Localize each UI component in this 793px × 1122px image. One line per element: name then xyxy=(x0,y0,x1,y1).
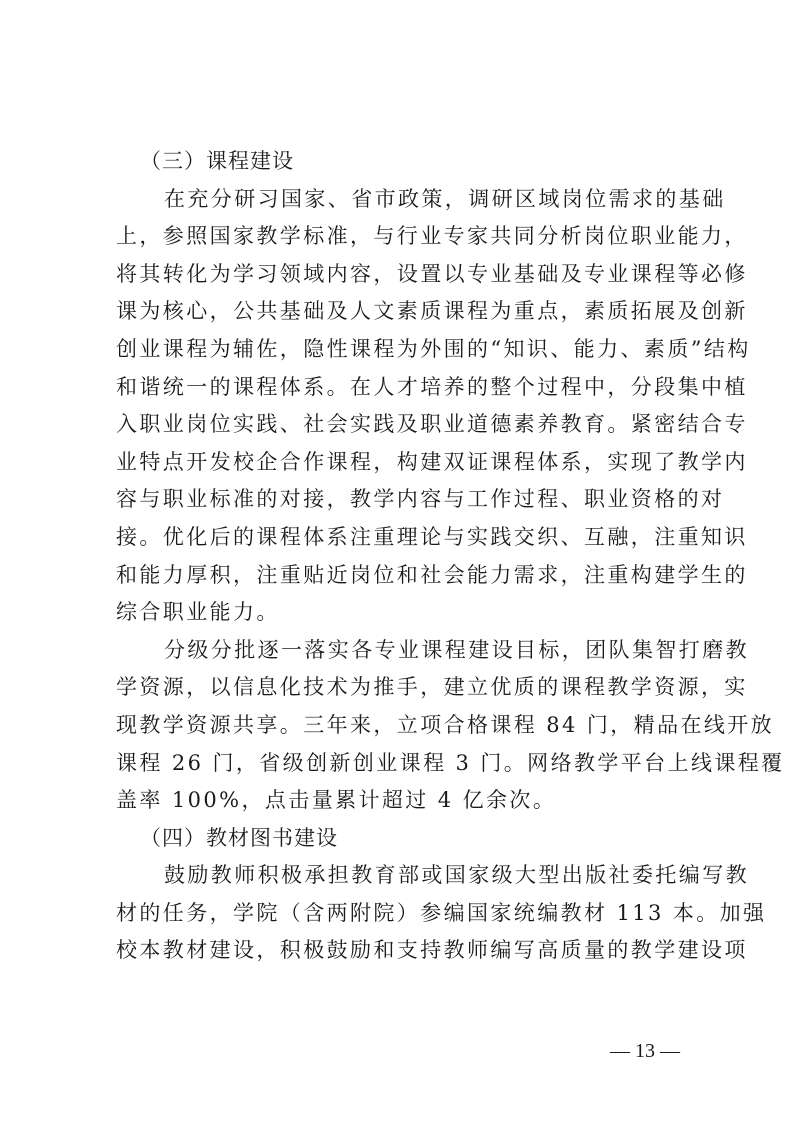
text-line: 将其转化为学习领域内容，设置以专业基础及专业课程等必修 xyxy=(116,256,694,294)
text-line: 现教学资源共享。三年来，立项合格课程 84 门，精品在线开放 xyxy=(116,707,694,745)
text-line: 课为核心，公共基础及人文素质课程为重点，素质拓展及创新 xyxy=(116,293,694,331)
text-line: 和谐统一的课程体系。在人才培养的整个过程中，分段集中植 xyxy=(116,369,694,407)
paragraph-textbooks: 鼓励教师积极承担教育部或国家级大型出版社委托编写教 材的任务，学院（含两附院）参… xyxy=(116,857,694,970)
text-line: 在充分研习国家、省市政策，调研区域岗位需求的基础 xyxy=(116,181,694,219)
paragraph-course-resources: 分级分批逐一落实各专业课程建设目标，团队集智打磨教 学资源，以信息化技术为推手，… xyxy=(116,632,694,820)
page-number: — 13 — xyxy=(600,1040,690,1063)
text-line: 和能力厚积，注重贴近岗位和社会能力需求，注重构建学生的 xyxy=(116,557,694,595)
text-line: 综合职业能力。 xyxy=(116,594,694,632)
text-line: 容与职业标准的对接，教学内容与工作过程、职业资格的对 xyxy=(116,481,694,519)
text-line: 盖率 100%，点击量累计超过 4 亿余次。 xyxy=(116,782,694,820)
section-heading-textbook-construction: （四）教材图书建设 xyxy=(116,820,694,858)
text-line: 接。优化后的课程体系注重理论与实践交织、互融，注重知识 xyxy=(116,519,694,557)
text-line: 材的任务，学院（含两附院）参编国家统编教材 113 本。加强 xyxy=(116,895,694,933)
text-line: 鼓励教师积极承担教育部或国家级大型出版社委托编写教 xyxy=(116,857,694,895)
document-page: （三）课程建设 在充分研习国家、省市政策，调研区域岗位需求的基础 上，参照国家教… xyxy=(116,143,694,970)
text-line: 上，参照国家教学标准，与行业专家共同分析岗位职业能力， xyxy=(116,218,694,256)
text-line: 分级分批逐一落实各专业课程建设目标，团队集智打磨教 xyxy=(116,632,694,670)
text-line: 学资源，以信息化技术为推手，建立优质的课程教学资源，实 xyxy=(116,669,694,707)
text-line: 校本教材建设，积极鼓励和支持教师编写高质量的教学建设项 xyxy=(116,932,694,970)
text-line: 入职业岗位实践、社会实践及职业道德素养教育。紧密结合专 xyxy=(116,406,694,444)
text-line: 业特点开发校企合作课程，构建双证课程体系，实现了教学内 xyxy=(116,444,694,482)
paragraph-course-system: 在充分研习国家、省市政策，调研区域岗位需求的基础 上，参照国家教学标准，与行业专… xyxy=(116,181,694,632)
text-line: 创业课程为辅佐，隐性课程为外围的“知识、能力、素质”结构 xyxy=(116,331,694,369)
section-heading-course-construction: （三）课程建设 xyxy=(116,143,694,181)
text-line: 课程 26 门，省级创新创业课程 3 门。网络教学平台上线课程覆 xyxy=(116,745,694,783)
